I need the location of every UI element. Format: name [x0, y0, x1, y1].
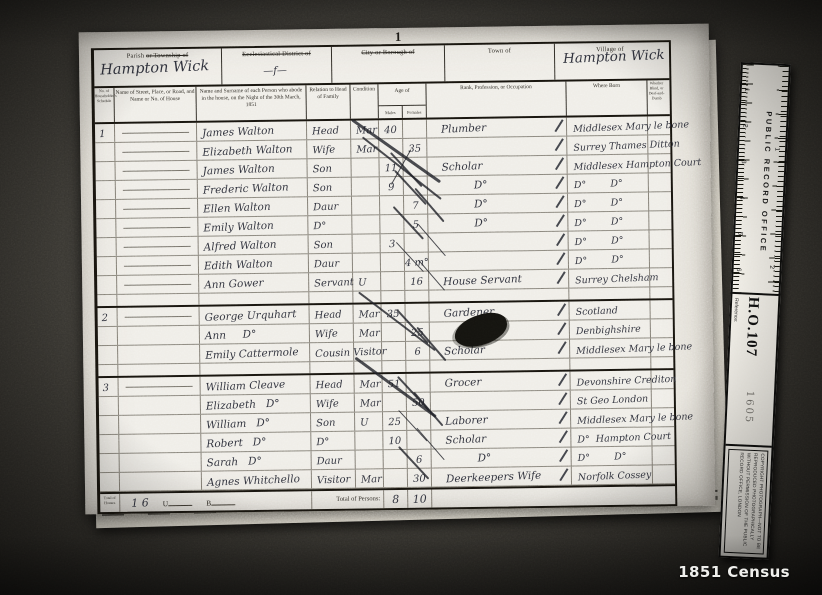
cell-occupation: Deerkeepers Wife: [432, 467, 572, 487]
cell-schedule: [95, 143, 115, 161]
cell-name: [200, 362, 310, 375]
cell-born: D° D°: [568, 230, 649, 249]
cell-name: James Walton: [197, 121, 307, 141]
cell-condition: Mar: [356, 469, 384, 487]
cell-name: Elizabeth D°: [201, 394, 311, 414]
cell-age_m: [380, 215, 404, 233]
cell-age_m: [384, 469, 408, 487]
col-blind: Whether Blind, or Deaf-and-Dumb: [647, 80, 665, 114]
page-number: 1: [395, 29, 402, 45]
cell-born: Scotland: [569, 300, 650, 319]
cell-name: William Cleave: [200, 375, 310, 395]
town-label: Town of: [445, 44, 554, 56]
cell-occupation: D°: [428, 213, 568, 233]
cell-relation: [310, 362, 354, 374]
cell-name: Edith Walton: [199, 254, 309, 274]
cell-relation: D°: [308, 216, 352, 235]
cell-street: [120, 453, 202, 472]
ruler-number: 2: [741, 124, 748, 128]
cell-relation: Daur: [312, 451, 356, 470]
cell-street: [120, 472, 202, 491]
ruler-scale: 123456 PUBLIC RECORD OFFICE 12: [732, 64, 788, 296]
cell-relation: Cousin Visitor: [310, 343, 354, 362]
cell-name: George Urquhart: [200, 305, 310, 325]
ruler-number: 3: [740, 160, 747, 164]
cell-born: D° Hampton Court: [571, 427, 652, 446]
cell-schedule: 1: [95, 124, 115, 142]
ruler-reference: Reference: H.O.107 1605: [726, 294, 779, 448]
cell-schedule: [96, 181, 116, 199]
cell-street: [116, 218, 198, 237]
cell-age_m: [381, 272, 405, 290]
cell-schedule: 2: [98, 308, 118, 326]
cell-blind: [650, 300, 668, 318]
col-occupation: Rank, Profession, or Occupation: [426, 82, 566, 118]
cell-street: [118, 345, 200, 364]
cell-relation: Wife: [310, 324, 354, 343]
heading-cell-town: Town of: [445, 44, 555, 82]
cell-condition: [353, 234, 381, 252]
cell-condition: U: [355, 412, 383, 430]
cell-occupation: D°: [428, 175, 568, 195]
cell-name: Emily Walton: [198, 216, 308, 236]
census-caption: 1851 Census: [678, 563, 790, 581]
cell-blind: [650, 249, 668, 267]
cell-name: Elizabeth Walton: [197, 140, 307, 160]
col-age-males: Males: [379, 106, 403, 118]
cell-name: Ellen Walton: [198, 197, 308, 217]
cell-occupation: Laborer: [431, 410, 571, 430]
cell-name: [199, 292, 309, 305]
cell-relation: Head: [309, 305, 353, 324]
cell-occupation: [429, 289, 569, 302]
heading-cell-village: Village of Hampton Wick: [555, 42, 665, 80]
cell-condition: Mar: [354, 374, 382, 392]
cell-blind: [653, 446, 671, 464]
ecclesiastical-value: —f—: [263, 65, 287, 77]
cell-age_m: 10: [383, 431, 407, 449]
cell-blind: [650, 287, 668, 298]
cell-occupation: [427, 137, 567, 157]
ruler-number: 6: [735, 268, 742, 272]
cell-age_f: [405, 291, 429, 302]
cell-occupation: D°: [428, 194, 568, 214]
col-condition: Condition: [350, 84, 378, 118]
cell-condition: Mar: [355, 393, 383, 411]
cell-schedule: [100, 473, 120, 491]
reference-label: Reference:: [732, 298, 739, 323]
cell-born: Middlesex Hampton Court: [567, 154, 648, 173]
col-age-females: Females: [403, 106, 426, 118]
cell-relation: Visitor: [312, 470, 356, 489]
cell-age_f: [405, 234, 429, 252]
cell-born: D° D°: [568, 211, 649, 230]
cell-street: [119, 396, 201, 415]
cell-occupation: [429, 232, 569, 252]
cell-occupation: [431, 391, 571, 411]
cell-street: [115, 123, 197, 142]
cell-relation: Son: [309, 235, 353, 254]
cell-age_f: 16: [405, 272, 429, 290]
cell-age_f: [405, 304, 429, 322]
cell-name: Ann D°: [200, 324, 310, 344]
ruler-number: 2: [768, 265, 775, 269]
col-age-label: Age of: [378, 84, 425, 107]
village-value: Hampton Wick: [563, 47, 665, 67]
cell-blind: [649, 211, 667, 229]
cell-age_m: 3: [381, 234, 405, 252]
cell-occupation: [430, 359, 570, 372]
cell-street: [119, 415, 201, 434]
cell-condition: [353, 253, 381, 271]
photo-stage: 1 Parish or Township of Hampton Wick Ecc…: [0, 0, 822, 595]
cell-age_m: [380, 196, 404, 214]
total-empty: [432, 486, 671, 507]
cell-blind: [653, 465, 671, 483]
cell-born: Denbighshire: [570, 319, 651, 338]
cell-name: Ann Gower: [199, 273, 309, 293]
cell-condition: Mar: [354, 323, 382, 341]
cell-occupation: D°: [432, 448, 572, 468]
cell-occupation: Scholar: [431, 429, 571, 449]
piece-number: 1605: [743, 390, 756, 424]
col-born: Where Born: [566, 80, 647, 115]
total-houses-value: 1 6 U B: [120, 491, 312, 512]
cell-condition: U: [353, 272, 381, 290]
total-persons-label: Total of Persons:: [312, 490, 384, 509]
cell-name: Agnes Whitchello: [202, 470, 312, 490]
cell-blind: [648, 135, 666, 153]
cell-name: Alfred Walton: [199, 235, 309, 255]
cell-age_m: [381, 253, 405, 271]
cell-street: [119, 434, 201, 453]
cell-blind: [649, 173, 667, 191]
cell-condition: [351, 158, 379, 176]
ecclesiastical-label: Ecclesiastical District of: [222, 47, 331, 59]
cell-schedule: [96, 219, 116, 237]
copyright-box: COPYRIGHT PHOTOGRAPH—NOT TO BE REPRODUCE…: [724, 449, 769, 555]
heading-cell-parish: Parish or Township of Hampton Wick: [94, 48, 222, 86]
cell-street: [118, 364, 200, 376]
cell-relation: D°: [311, 432, 355, 451]
cell-age_m: [382, 342, 406, 360]
cell-born: Surrey Thames Ditton: [567, 135, 648, 154]
col-age: Age of Males Females: [378, 84, 426, 119]
cell-born: St Geo London: [571, 389, 652, 408]
cell-street: [115, 161, 197, 180]
total-males: 8: [384, 490, 408, 508]
cell-blind: [651, 370, 669, 388]
cell-age_m: [383, 393, 407, 411]
cell-street: [118, 326, 200, 345]
ruler-number: 1: [743, 88, 750, 92]
cell-age_m: 9: [380, 177, 404, 195]
parish-value: Hampton Wick: [100, 58, 210, 78]
col-schedule: No. of Householder's Schedule: [94, 88, 114, 122]
ruler-number: 4: [738, 196, 745, 200]
cell-blind: [652, 427, 670, 445]
cell-relation: Daur: [308, 197, 352, 216]
cell-born: [569, 287, 650, 299]
cell-age_m: [381, 291, 405, 302]
cell-street: [117, 256, 199, 275]
cell-blind: [648, 154, 666, 172]
cell-schedule: [97, 276, 117, 294]
cell-born: Norfolk Cossey: [572, 465, 653, 484]
cell-name: Frederic Walton: [198, 178, 308, 198]
cell-street: [116, 180, 198, 199]
cell-age_f: [406, 361, 430, 372]
cell-blind: [652, 408, 670, 426]
cell-blind: [648, 116, 666, 134]
cell-blind: [649, 192, 667, 210]
col-street: Name of Street, Place, or Road, and Name…: [114, 87, 196, 122]
cell-born: D° D°: [569, 249, 650, 268]
cell-condition: [352, 215, 380, 233]
cell-schedule: [97, 257, 117, 275]
cell-relation: Servant: [309, 273, 353, 292]
cell-name: William D°: [201, 413, 311, 433]
cell-born: Middlesex Mary le bone: [571, 408, 652, 427]
cell-born: Surrey Chelsham: [569, 268, 650, 287]
cell-schedule: [98, 346, 118, 364]
cell-age_f: [403, 120, 427, 138]
cell-blind: [651, 338, 669, 356]
census-page: 1 Parish or Township of Hampton Wick Ecc…: [79, 24, 716, 515]
cell-schedule: [98, 365, 118, 376]
cell-relation: [309, 292, 353, 304]
cell-born: [570, 357, 651, 369]
cell-born: Middlesex Mary le bone: [567, 116, 648, 135]
ruler-number: 5: [736, 232, 743, 236]
cell-born: D° D°: [568, 192, 649, 211]
cell-blind: [652, 389, 670, 407]
cell-born: D° D°: [572, 446, 653, 465]
cell-schedule: [95, 162, 115, 180]
cell-schedule: [99, 397, 119, 415]
cell-street: [118, 307, 200, 326]
cell-born: Devonshire Crediton: [570, 370, 651, 389]
cell-occupation: House Servant: [429, 270, 569, 290]
cell-blind: [650, 268, 668, 286]
cell-age_m: 40: [379, 120, 403, 138]
cell-age_m: [382, 361, 406, 372]
cell-blind: [649, 230, 667, 248]
cell-street: [115, 142, 197, 161]
cell-relation: Wife: [311, 394, 355, 413]
cell-street: [117, 237, 199, 256]
heading-cell-city: City or Borough of: [332, 45, 445, 83]
city-label: City or Borough of: [332, 45, 444, 57]
cell-relation: Head: [310, 375, 354, 394]
cell-blind: [651, 319, 669, 337]
cell-name: Robert D°: [201, 432, 311, 452]
cell-relation: Daur: [309, 254, 353, 273]
cell-name: James Walton: [197, 159, 307, 179]
cell-street: [117, 275, 199, 294]
cell-street: [116, 199, 198, 218]
total-females: 10: [408, 490, 432, 508]
heading-cell-ecclesiastical: Ecclesiastical District of —f—: [222, 47, 332, 85]
cell-occupation: Scholar: [427, 156, 567, 176]
cell-condition: [355, 431, 383, 449]
reference-number: H.O.107: [742, 296, 762, 357]
cell-schedule: [100, 454, 120, 472]
cell-condition: [352, 196, 380, 214]
cell-occupation: Grocer: [430, 372, 570, 392]
cell-schedule: [99, 435, 119, 453]
cell-schedule: [99, 416, 119, 434]
ruler-strip: 123456 PUBLIC RECORD OFFICE 12 Reference…: [718, 62, 790, 560]
cell-street: [117, 294, 199, 306]
cell-relation: Son: [311, 413, 355, 432]
cell-blind: [651, 357, 669, 368]
col-name: Name and Surname of each Person who abod…: [196, 85, 306, 121]
cell-relation: Son: [308, 178, 352, 197]
census-table: Parish or Township of Hampton Wick Eccle…: [91, 40, 677, 514]
cell-occupation: Scholar: [430, 340, 570, 360]
cell-condition: [356, 450, 384, 468]
cell-relation: Head: [307, 121, 351, 140]
cell-name: Emily Cattermole: [200, 343, 310, 363]
ruler-number: 1: [773, 147, 780, 151]
cell-occupation: [429, 251, 569, 271]
cell-schedule: [97, 238, 117, 256]
cell-condition: [352, 177, 380, 195]
cell-age_f: [407, 412, 431, 430]
cell-born: D° D°: [568, 173, 649, 192]
cell-born: Middlesex Mary le bone: [570, 338, 651, 357]
cell-schedule: [96, 200, 116, 218]
cell-relation: Wife: [307, 140, 351, 159]
cell-schedule: [97, 295, 117, 306]
cell-relation: Son: [307, 159, 351, 178]
cell-schedule: 3: [98, 378, 118, 396]
cell-name: Sarah D°: [202, 451, 312, 471]
total-houses-label: Total of Houses: [100, 494, 120, 512]
table-rows: 1James WaltonHeadMar40PlumberMiddlesex M…: [95, 116, 675, 492]
cell-schedule: [98, 327, 118, 345]
col-relation: Relation to Head of Family: [306, 85, 350, 120]
cell-street: [118, 377, 200, 396]
cell-occupation: Plumber: [427, 118, 567, 138]
